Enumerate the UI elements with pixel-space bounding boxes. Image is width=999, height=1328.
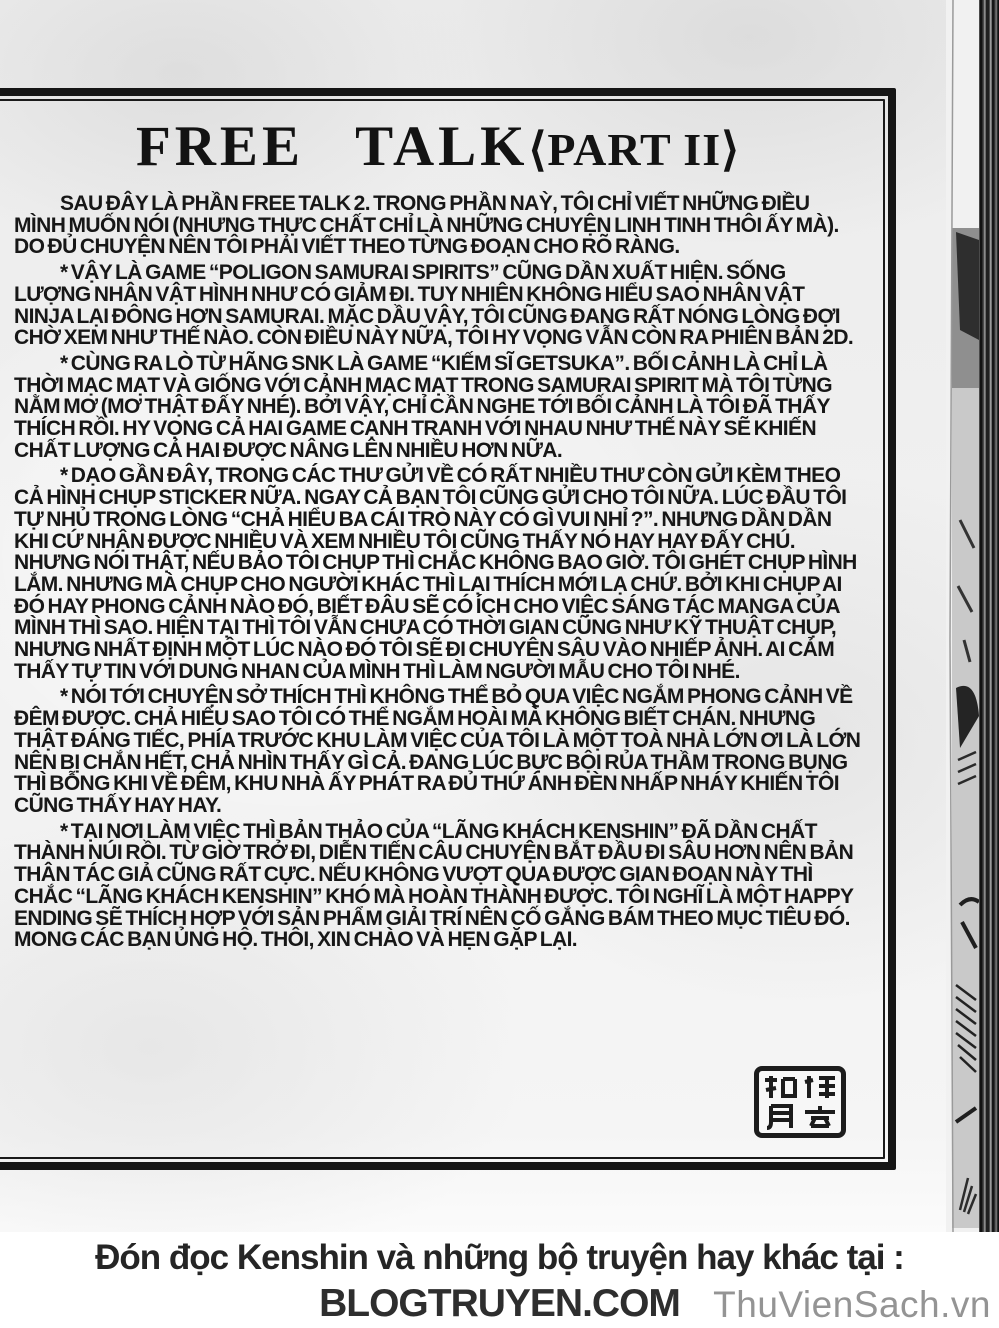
- free-talk-paragraph: * VẬY LÀ GAME “POLIGON SAMURAI SPIRITS” …: [14, 262, 862, 349]
- manga-page: FREE TALK⟨PART II⟩ SAU ĐÂY LÀ PHẦN FREE …: [0, 0, 999, 1328]
- page-title: FREE TALK⟨PART II⟩: [14, 114, 862, 179]
- free-talk-paragraph: * TẠI NƠI LÀM VIỆC THÌ BẢN THẢO CỦA “LÃN…: [14, 821, 862, 951]
- adjacent-page-edge: [946, 0, 999, 1232]
- free-talk-body: SAU ĐÂY LÀ PHẦN FREE TALK 2. TRONG PHẦN …: [14, 193, 862, 951]
- panel-content: FREE TALK⟨PART II⟩ SAU ĐÂY LÀ PHẦN FREE …: [0, 96, 888, 1162]
- promo-text: Đón đọc Kenshin và những bộ truyện hay k…: [0, 1238, 999, 1278]
- seal-glyph-hiro: [801, 1103, 840, 1132]
- free-talk-paragraph: SAU ĐÂY LÀ PHẦN FREE TALK 2. TRONG PHẦN …: [14, 193, 862, 258]
- free-talk-paragraph: * CÙNG RA LÒ TỪ HÃNG SNK LÀ GAME “KIẾM S…: [14, 353, 862, 462]
- scanned-paper-background: FREE TALK⟨PART II⟩ SAU ĐÂY LÀ PHẦN FREE …: [0, 0, 999, 1232]
- seal-glyph-shin: [801, 1073, 840, 1102]
- free-talk-paragraph: * NÓI TỚI CHUYỆN SỞ THÍCH THÌ KHÔNG THỂ …: [14, 686, 862, 816]
- seal-glyph-tsuki: [761, 1103, 800, 1132]
- thuviensach-watermark: ThuVienSach.vn: [713, 1284, 991, 1326]
- artist-seal: [754, 1066, 846, 1138]
- free-talk-paragraph: * DẠO GẦN ĐÂY, TRONG CÁC THƯ GỬI VỀ CÓ R…: [14, 465, 862, 682]
- seal-glyph-wa: [761, 1073, 800, 1102]
- blogtruyen-site-name: BLOGTRUYEN.COM: [319, 1282, 680, 1326]
- promo-banner: Đón đọc Kenshin và những bộ truyện hay k…: [0, 1232, 999, 1328]
- page-title-part: ⟨PART II⟩: [528, 124, 740, 175]
- free-talk-panel: FREE TALK⟨PART II⟩ SAU ĐÂY LÀ PHẦN FREE …: [0, 88, 896, 1170]
- page-title-main: FREE TALK: [136, 115, 529, 178]
